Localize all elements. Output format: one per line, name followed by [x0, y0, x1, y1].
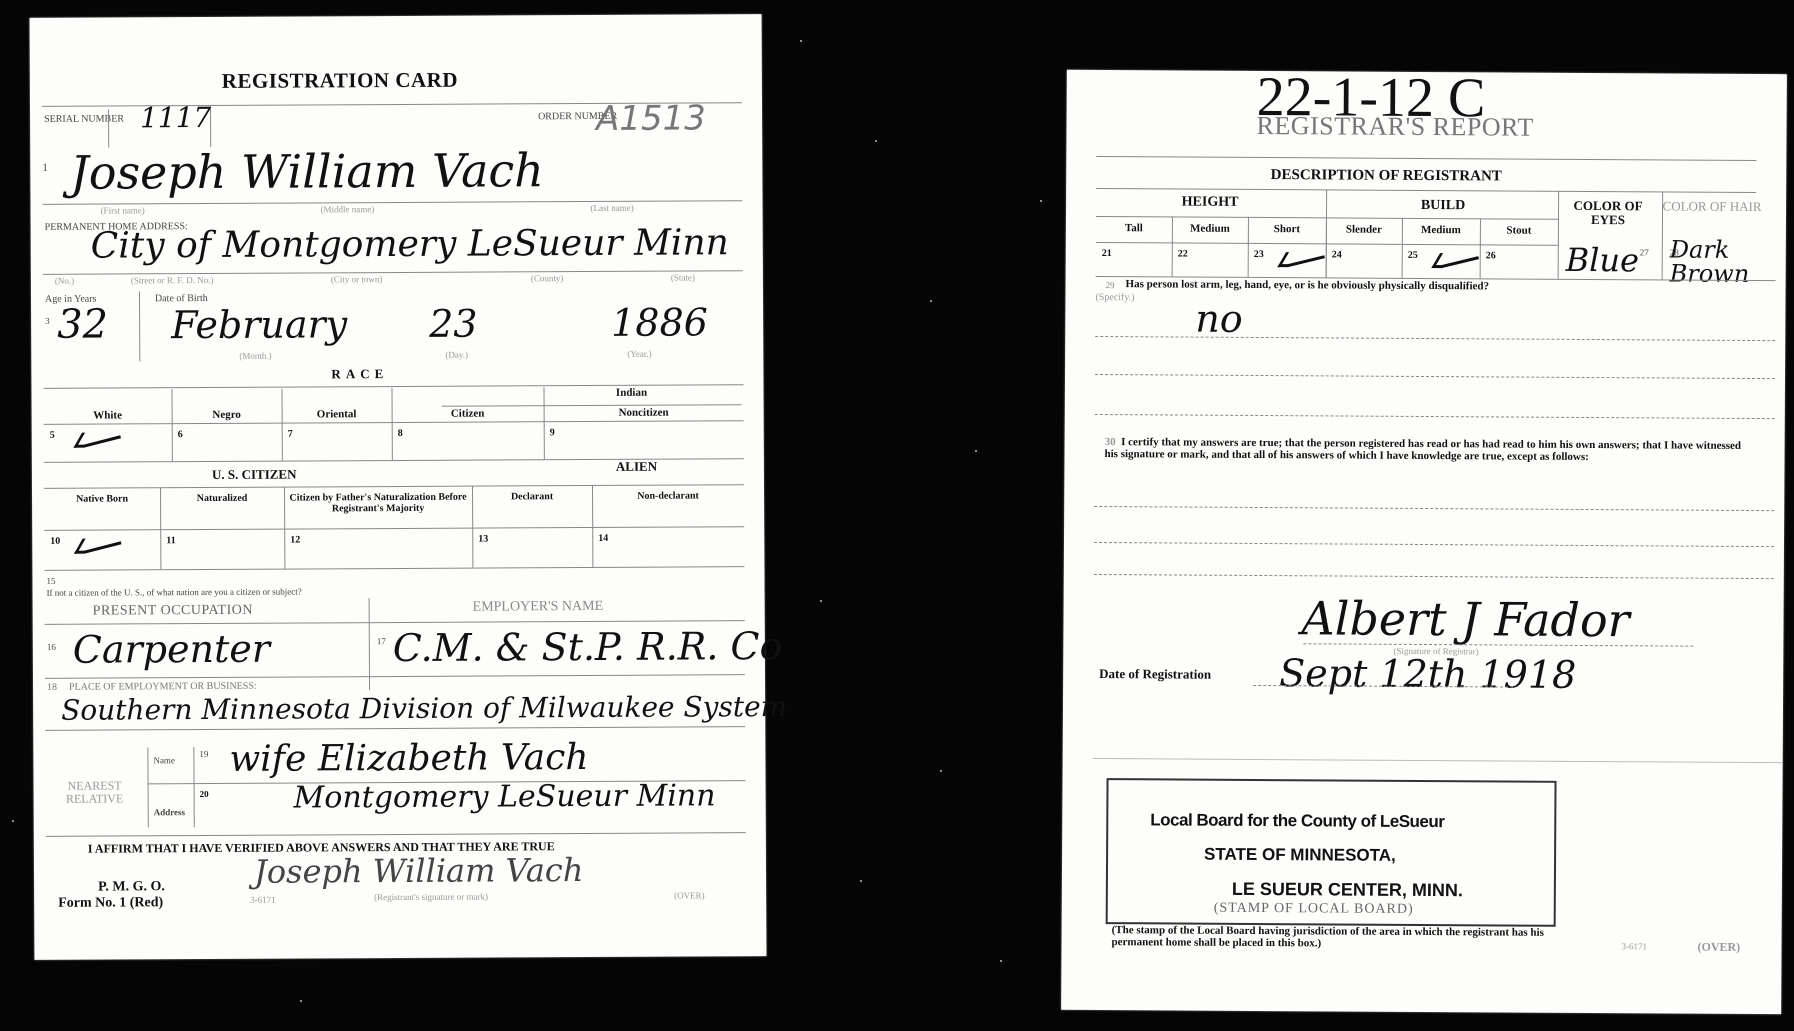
alien-label: ALIEN: [616, 459, 657, 475]
field-number: 19: [199, 749, 208, 759]
over-label: (OVER): [1697, 940, 1740, 955]
column-label: Medium: [1402, 224, 1480, 236]
race-table: White5Negro6Oriental7Citizen8Noncitizen9: [30, 14, 762, 18]
field-number: 12: [290, 535, 300, 546]
column-label: Native Born: [44, 493, 160, 505]
registrant-signature: Joseph William Vach: [254, 851, 584, 891]
stamp-note: (The stamp of the Local Board having jur…: [1112, 924, 1582, 951]
employer-value: C.M. & St.P. R.R. Co: [393, 624, 783, 670]
speck: [940, 770, 942, 772]
field-number: 6: [178, 429, 183, 440]
name-sublabel: (Middle name): [321, 204, 375, 214]
stamp-line-1: Local Board for the County of LeSueur: [1150, 810, 1444, 832]
stamp-line-2: STATE OF MINNESOTA,: [1204, 845, 1396, 866]
field15-question: If not a citizen of the U. S., of what n…: [47, 587, 302, 598]
form-code: 3-6171: [1622, 941, 1648, 951]
field-number: 5: [50, 430, 55, 441]
dob-sublabel: (Day.): [445, 350, 468, 360]
speck: [300, 1000, 302, 1002]
column-label: White: [44, 409, 172, 422]
pmgo-label: P. M. G. O.: [98, 879, 165, 895]
eye-color-value: Blue: [1566, 241, 1640, 279]
citizen-table: Native Born10Naturalized11Citizen by Fat…: [30, 14, 762, 18]
order-number-value: A1513: [596, 98, 706, 139]
local-board-stamp-box: Local Board for the County of LeSueur ST…: [1106, 778, 1557, 927]
serial-number-label: SERIAL NUMBER: [44, 114, 104, 125]
eye-color-label: COLOR OF EYES: [1558, 199, 1658, 228]
field-number: 14: [598, 533, 608, 544]
field-number: 24: [1332, 249, 1342, 260]
relative-name-label: Name: [153, 755, 175, 765]
address-sublabel: (State): [671, 272, 695, 282]
field-number: 26: [1486, 250, 1496, 261]
column-label: Medium: [1172, 222, 1248, 234]
occupation-value: Carpenter: [73, 627, 270, 672]
field-number: 21: [1102, 248, 1112, 259]
field-number: 16: [47, 642, 56, 652]
field-number: 30: [1105, 436, 1116, 448]
employer-label: EMPLOYER'S NAME: [473, 599, 604, 616]
speck: [930, 300, 932, 302]
column-label: Naturalized: [160, 493, 284, 505]
field-number: 1: [42, 162, 48, 174]
speck: [875, 140, 877, 142]
speck: [1040, 200, 1042, 202]
registrar-signature: Albert J Fador: [1301, 591, 1629, 647]
field-number: 13: [478, 534, 488, 545]
place-label: PLACE OF EMPLOYMENT OR BUSINESS:: [69, 681, 257, 693]
registrant-name: Joseph William Vach: [70, 143, 544, 199]
race-label: RACE: [331, 366, 388, 382]
field29-question: Has person lost arm, leg, hand, eye, or …: [1126, 278, 1490, 292]
name-sublabel: (First name): [101, 205, 145, 215]
date-of-registration: Sept 12th 1918: [1279, 651, 1576, 697]
stamp-caption: (STAMP OF LOCAL BOARD): [1214, 901, 1414, 918]
registration-card: REGISTRATION CARD SERIAL NUMBER 1117 ORD…: [30, 14, 767, 960]
form-code: 3-6171: [250, 895, 276, 905]
occupation-label: PRESENT OCCUPATION: [93, 603, 253, 620]
field-number: 27: [1640, 247, 1649, 257]
field-number: 11: [166, 535, 176, 546]
speck: [820, 600, 822, 602]
dob-sublabel: (Month.): [239, 351, 271, 361]
indian-label: Indian: [571, 386, 691, 399]
address-sublabel: (No.): [55, 276, 74, 286]
address-sublabel: (Street or R. F. D. No.): [131, 275, 214, 285]
date-of-registration-label: Date of Registration: [1099, 666, 1211, 683]
field-number: 20: [200, 789, 209, 799]
stamp-line-3: LE SUEUR CENTER, MINN.: [1232, 879, 1463, 901]
height-label: HEIGHT: [1096, 194, 1324, 211]
column-label: Non-declarant: [592, 490, 744, 502]
column-label: Citizen: [392, 407, 544, 420]
speck: [800, 40, 802, 42]
field29-answer: no: [1195, 297, 1243, 341]
column-label: Citizen by Father's Naturalization Befor…: [284, 492, 472, 515]
dob-year: 1886: [611, 300, 708, 345]
hair-color-label: COLOR OF HAIR: [1662, 199, 1762, 214]
field-number: 7: [288, 429, 293, 440]
speck: [1000, 960, 1002, 962]
field-number: 22: [1178, 248, 1188, 259]
specify-label: (Specify.): [1095, 292, 1134, 303]
dob-month: February: [171, 302, 347, 347]
checkmark-icon: [78, 433, 122, 447]
speck: [12, 820, 14, 822]
registrars-report-card: 22-1-12 C REGISTRAR'S REPORT DESCRIPTION…: [1061, 70, 1787, 1014]
dob-day: 23: [429, 302, 478, 346]
field-number: 23: [1254, 249, 1264, 260]
address-sublabel: (City or town): [331, 274, 383, 284]
checkmark-icon: [78, 539, 122, 553]
nearest-relative-label: NEAREST RELATIVE: [50, 779, 140, 805]
column-label: Oriental: [282, 408, 392, 421]
place-value: Southern Minnesota Division of Milwaukee…: [61, 690, 787, 727]
field-number: 15: [46, 576, 55, 586]
home-address: City of Montgomery LeSueur Minn: [91, 222, 729, 266]
checkmark-icon: [1436, 254, 1480, 268]
description-label: DESCRIPTION OF REGISTRANT: [1066, 166, 1706, 187]
column-label: Declarant: [472, 491, 592, 503]
speck: [975, 450, 977, 452]
relative-name-value: wife Elizabeth Vach: [229, 737, 588, 780]
us-citizen-label: U. S. CITIZEN: [212, 467, 297, 483]
card-title: REGISTRATION CARD: [30, 67, 650, 95]
form-code-right: (OVER): [674, 890, 705, 900]
field-number: 10: [50, 536, 60, 547]
order-number-label: ORDER NUMBER: [538, 111, 588, 122]
checkmark-icon: [1282, 253, 1326, 267]
field-number: 29: [1106, 280, 1115, 290]
field-number: 18: [47, 682, 57, 693]
stamp-number: 22-1-12 C: [1257, 65, 1486, 130]
relative-address-value: Montgomery LeSueur Minn: [294, 778, 716, 815]
field-number: 9: [550, 427, 555, 438]
build-label: BUILD: [1328, 197, 1558, 214]
column-label: Short: [1248, 223, 1326, 235]
certification-text: 30 I certify that my answers are true; t…: [1104, 436, 1744, 464]
name-sublabel: (Last name): [591, 203, 634, 213]
form-number-label: Form No. 1 (Red): [58, 895, 163, 912]
column-label: Stout: [1480, 224, 1558, 236]
column-label: Negro: [172, 409, 282, 422]
column-label: Noncitizen: [544, 406, 744, 419]
age-value: 32: [57, 302, 108, 348]
speck: [860, 880, 862, 882]
dob-sublabel: (Year.): [627, 349, 651, 359]
column-label: Slender: [1326, 223, 1402, 235]
serial-number-value: 1117: [140, 101, 211, 134]
column-label: Tall: [1096, 222, 1172, 234]
address-sublabel: (County): [531, 273, 564, 283]
field-number: 25: [1408, 250, 1418, 261]
field-number: 3: [45, 316, 50, 326]
field-number: 17: [377, 636, 386, 646]
certification-statement: I certify that my answers are true; that…: [1104, 436, 1741, 463]
signature-label: (Registrant's signature or mark): [374, 892, 488, 903]
field-number: 8: [398, 428, 403, 439]
relative-address-label: Address: [154, 807, 185, 817]
